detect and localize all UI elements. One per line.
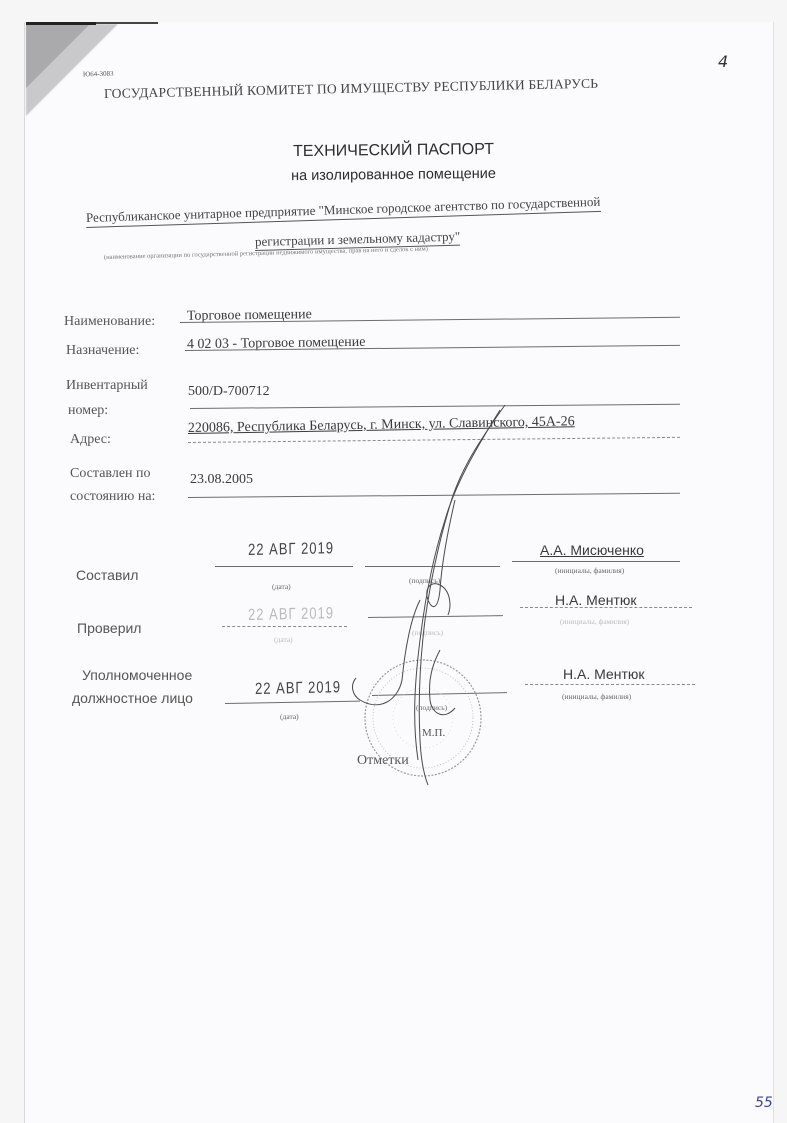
- signature-caption: (подпись): [416, 703, 447, 712]
- date-caption: (дата): [274, 635, 293, 644]
- signature-role-authorized-2: должностное лицо: [72, 690, 193, 706]
- signature-caption: (подпись): [409, 576, 440, 585]
- signature-line: [365, 566, 500, 567]
- scan-edge: [96, 22, 158, 24]
- stamp-date-checked: 22 АВГ 2019: [248, 603, 334, 624]
- field-value-inventory-number: 500/D-700712: [188, 384, 270, 400]
- handwritten-page-number: 55: [755, 1095, 773, 1111]
- date-line: [222, 626, 347, 627]
- name-caption: (инициалы, фамилия): [562, 692, 631, 701]
- field-label-inventory-1: Инвентарный: [66, 378, 148, 394]
- signature-role-checked: Проверил: [77, 620, 141, 636]
- name-line: [525, 684, 695, 685]
- field-label-address: Адрес:: [70, 432, 111, 448]
- signature-caption: (подпись): [412, 628, 443, 637]
- field-label-purpose: Назначение:: [66, 343, 139, 359]
- name-line: [520, 607, 692, 608]
- scan-edge: [26, 22, 96, 25]
- signature-role-authorized-1: Уполномоченное: [82, 667, 192, 683]
- seal-label: М.П.: [422, 727, 445, 739]
- field-value-date-state: 23.08.2005: [190, 472, 253, 488]
- handwritten-page-letter: 4: [718, 52, 728, 71]
- person-name-checked: Н.А. Ментюк: [555, 592, 637, 608]
- person-name-compiled: А.А. Мисюченко: [540, 542, 644, 558]
- field-label-date-state-1: Составлен по: [70, 466, 151, 482]
- document-code: Ю64-3083: [83, 70, 114, 79]
- field-label-date-state-2: состоянию на:: [70, 489, 155, 505]
- name-caption: (инициалы, фамилия): [555, 566, 624, 575]
- stamp-date-compiled: 22 АВГ 2019: [248, 538, 334, 559]
- field-label-name: Наименование:: [64, 314, 155, 330]
- name-line: [512, 561, 680, 562]
- stamp-date-authorized: 22 АВГ 2019: [255, 677, 341, 698]
- name-caption: (инициалы, фамилия): [560, 617, 629, 626]
- field-label-inventory-2: номер:: [68, 403, 108, 419]
- date-caption: (дата): [272, 582, 291, 591]
- signature-role-compiled: Составил: [76, 567, 138, 583]
- date-caption: (дата): [280, 712, 299, 721]
- date-line: [215, 566, 353, 567]
- notes-label: Отметки: [357, 753, 409, 769]
- scan-corner-shadow: [26, 24, 90, 88]
- person-name-authorized: Н.А. Ментюк: [563, 666, 645, 682]
